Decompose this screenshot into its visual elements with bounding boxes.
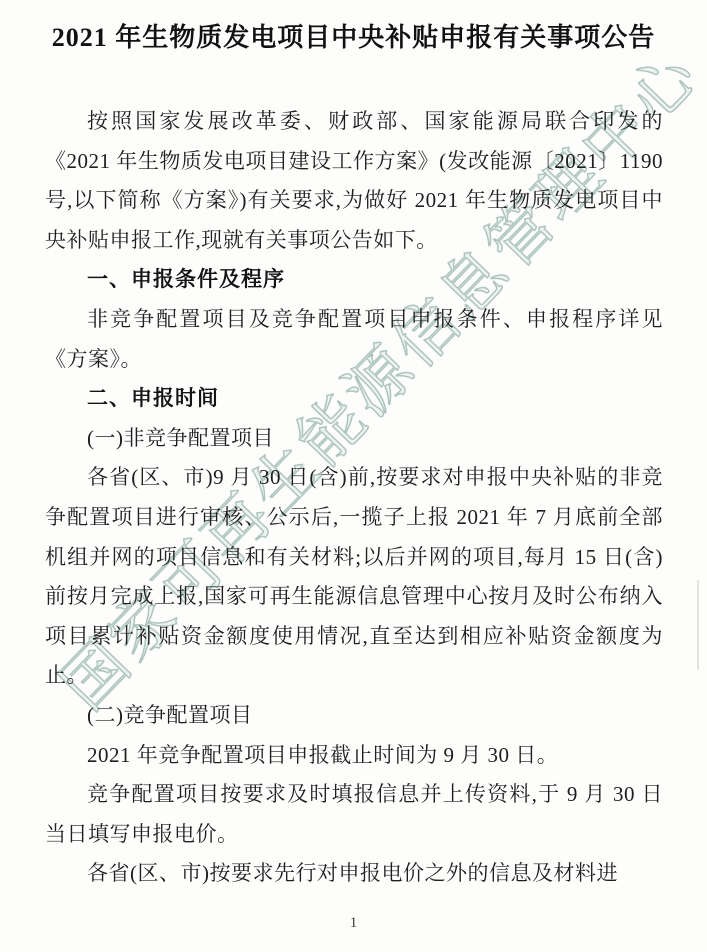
paragraph-provinces-review: 各省(区、市)按要求先行对申报电价之外的信息及材料进 <box>45 854 663 894</box>
scan-artifact-line <box>697 580 699 670</box>
paragraph-competitive-fill: 竞争配置项目按要求及时填报信息并上传资料,于 9 月 30 日当日填写申报电价。 <box>45 775 663 854</box>
page-title: 2021 年生物质发电项目中央补贴申报有关事项公告 <box>40 20 667 56</box>
paragraph-competitive-deadline: 2021 年竞争配置项目申报截止时间为 9 月 30 日。 <box>45 736 663 776</box>
section-heading-2: 二、申报时间 <box>45 379 663 419</box>
section-heading-1: 一、申报条件及程序 <box>45 260 663 300</box>
page-number: 1 <box>0 915 707 932</box>
document-page: 国家可再生能源信息管理中心 2021 年生物质发电项目中央补贴申报有关事项公告 … <box>0 0 707 952</box>
subheading-noncompetitive: (一)非竞争配置项目 <box>45 419 663 459</box>
paragraph-noncompetitive-detail: 各省(区、市)9 月 30 日(含)前,按要求对申报中央补贴的非竞争配置项目进行… <box>45 458 663 696</box>
subheading-competitive: (二)竞争配置项目 <box>45 696 663 736</box>
document-body: 按照国家发展改革委、财政部、国家能源局联合印发的《2021 年生物质发电项目建设… <box>45 102 663 894</box>
paragraph-section-1: 非竞争配置项目及竞争配置项目申报条件、申报程序详见《方案》。 <box>45 300 663 379</box>
paragraph-intro: 按照国家发展改革委、财政部、国家能源局联合印发的《2021 年生物质发电项目建设… <box>45 102 663 260</box>
